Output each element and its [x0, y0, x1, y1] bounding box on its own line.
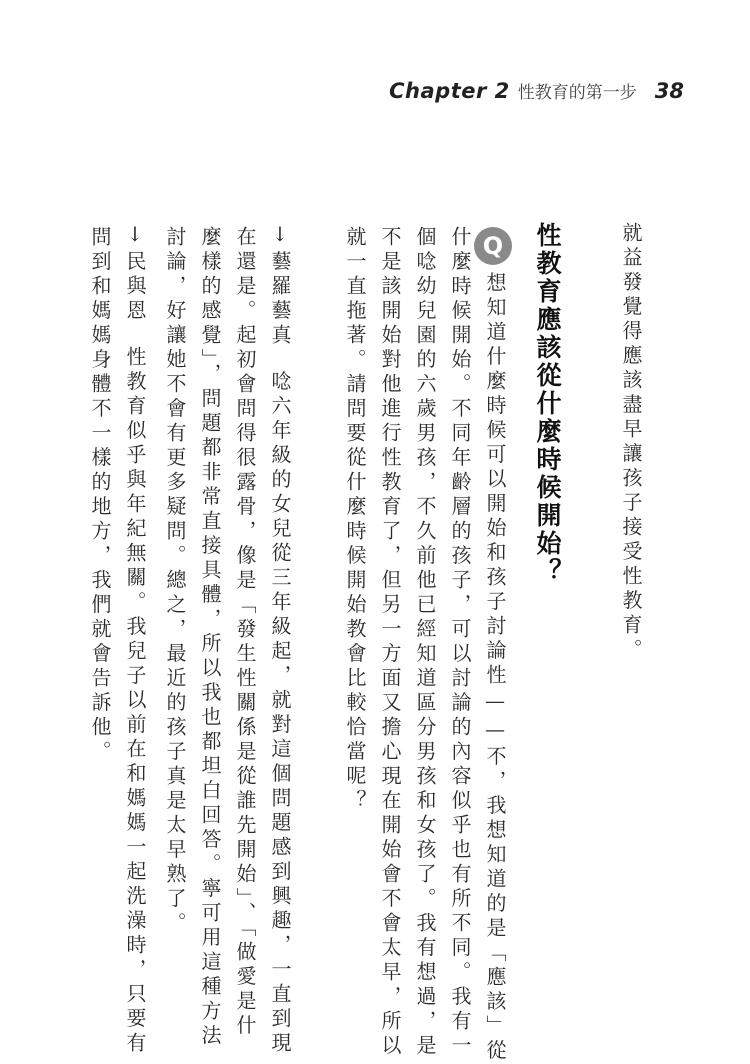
answer-2-line-2: 問到和媽媽身體不一樣的地方，我們就會告訴他。	[83, 226, 117, 765]
question-line-4: 不是該開始對他進行性教育了，但另一方面又擔心現在開始會不會太早，所以	[373, 226, 407, 1059]
question-line-2: 什麼時候開始。不同年齡層的孩子，可以討論的內容似乎也有所不同。我有一	[443, 226, 477, 1059]
section-heading: 性教育應該從什麼時候開始？	[530, 222, 564, 586]
section-title: 性教育的第一步	[518, 78, 637, 103]
answer-text: 性教育似乎與年紀無關。我兒子以前在和媽媽一起洗澡時，只要有	[123, 346, 147, 1057]
down-arrow-icon: ↓	[118, 222, 152, 251]
speaker-name: 民與恩	[123, 251, 147, 325]
question-line-3: 個唸幼兒園的六歲男孩，不久前他已經知道區分男孩和女孩了。我有想過，是	[408, 226, 442, 1059]
q-badge-icon: Q	[474, 227, 512, 265]
answer-1-line-3: 麼樣的感覺」，問題都非常直接具體，所以我也都坦白回答。寧可用這種方法	[193, 226, 227, 1049]
page-number: 38	[655, 79, 684, 103]
answer-1-line-4: 討論，好讓她不會有更多疑問。總之，最近的孩子真是太早熟了。	[158, 226, 192, 937]
chapter-label: Chapter 2	[389, 79, 510, 103]
answer-text: 唸六年級的女兒從三年級起，就對這個問題感到興趣，一直到現	[268, 371, 292, 1057]
intro-paragraph: 就益發覺得應該盡早讓孩子接受性教育。	[614, 222, 648, 663]
speaker-name: 藝羅藝真	[268, 251, 292, 349]
running-header: Chapter 2 性教育的第一步 38	[389, 78, 684, 103]
question-line-5: 就一直拖著。請問要從什麼時候開始教會比較恰當呢？	[338, 226, 372, 814]
answer-1-line-2: 在還是。起初會問得很露骨，像是「發生性關係是從誰先開始」、「做愛是什	[228, 226, 262, 1039]
answer-1-line-1: ↓藝羅藝真唸六年級的女兒從三年級起，就對這個問題感到興趣，一直到現	[263, 222, 297, 1057]
down-arrow-icon: ↓	[263, 222, 297, 251]
question-line-1: 想知道什麼時候可以開始和孩子討論性——不，我想知道的是「應該」從	[478, 272, 512, 1064]
answer-2-line-1: ↓民與恩性教育似乎與年紀無關。我兒子以前在和媽媽一起洗澡時，只要有	[118, 222, 152, 1057]
